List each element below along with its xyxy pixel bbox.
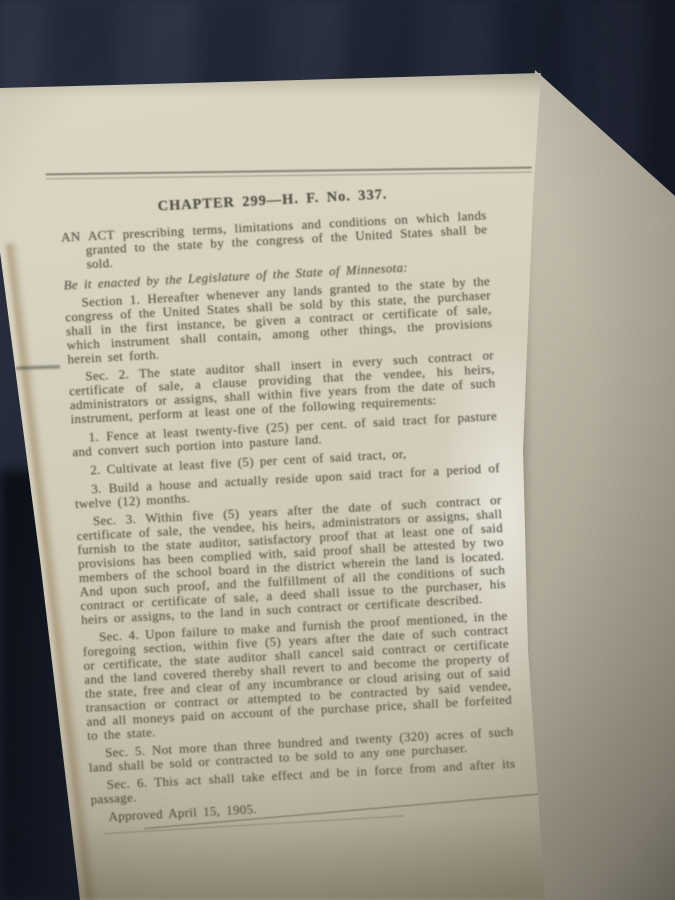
section-3-paragraph: Sec. 3. Within five (5) years after the … bbox=[76, 493, 507, 627]
section-4-paragraph: Sec. 4. Upon failure to make and furnish… bbox=[82, 609, 513, 743]
edge-mark bbox=[16, 365, 60, 370]
printed-text-block: CHAPTER 299—H. F. No. 337. AN ACT prescr… bbox=[58, 150, 518, 831]
photo-stage: CHAPTER 299—H. F. No. 337. AN ACT prescr… bbox=[0, 0, 675, 900]
top-double-rule bbox=[46, 167, 532, 180]
page-bottom-shadow bbox=[0, 820, 560, 900]
